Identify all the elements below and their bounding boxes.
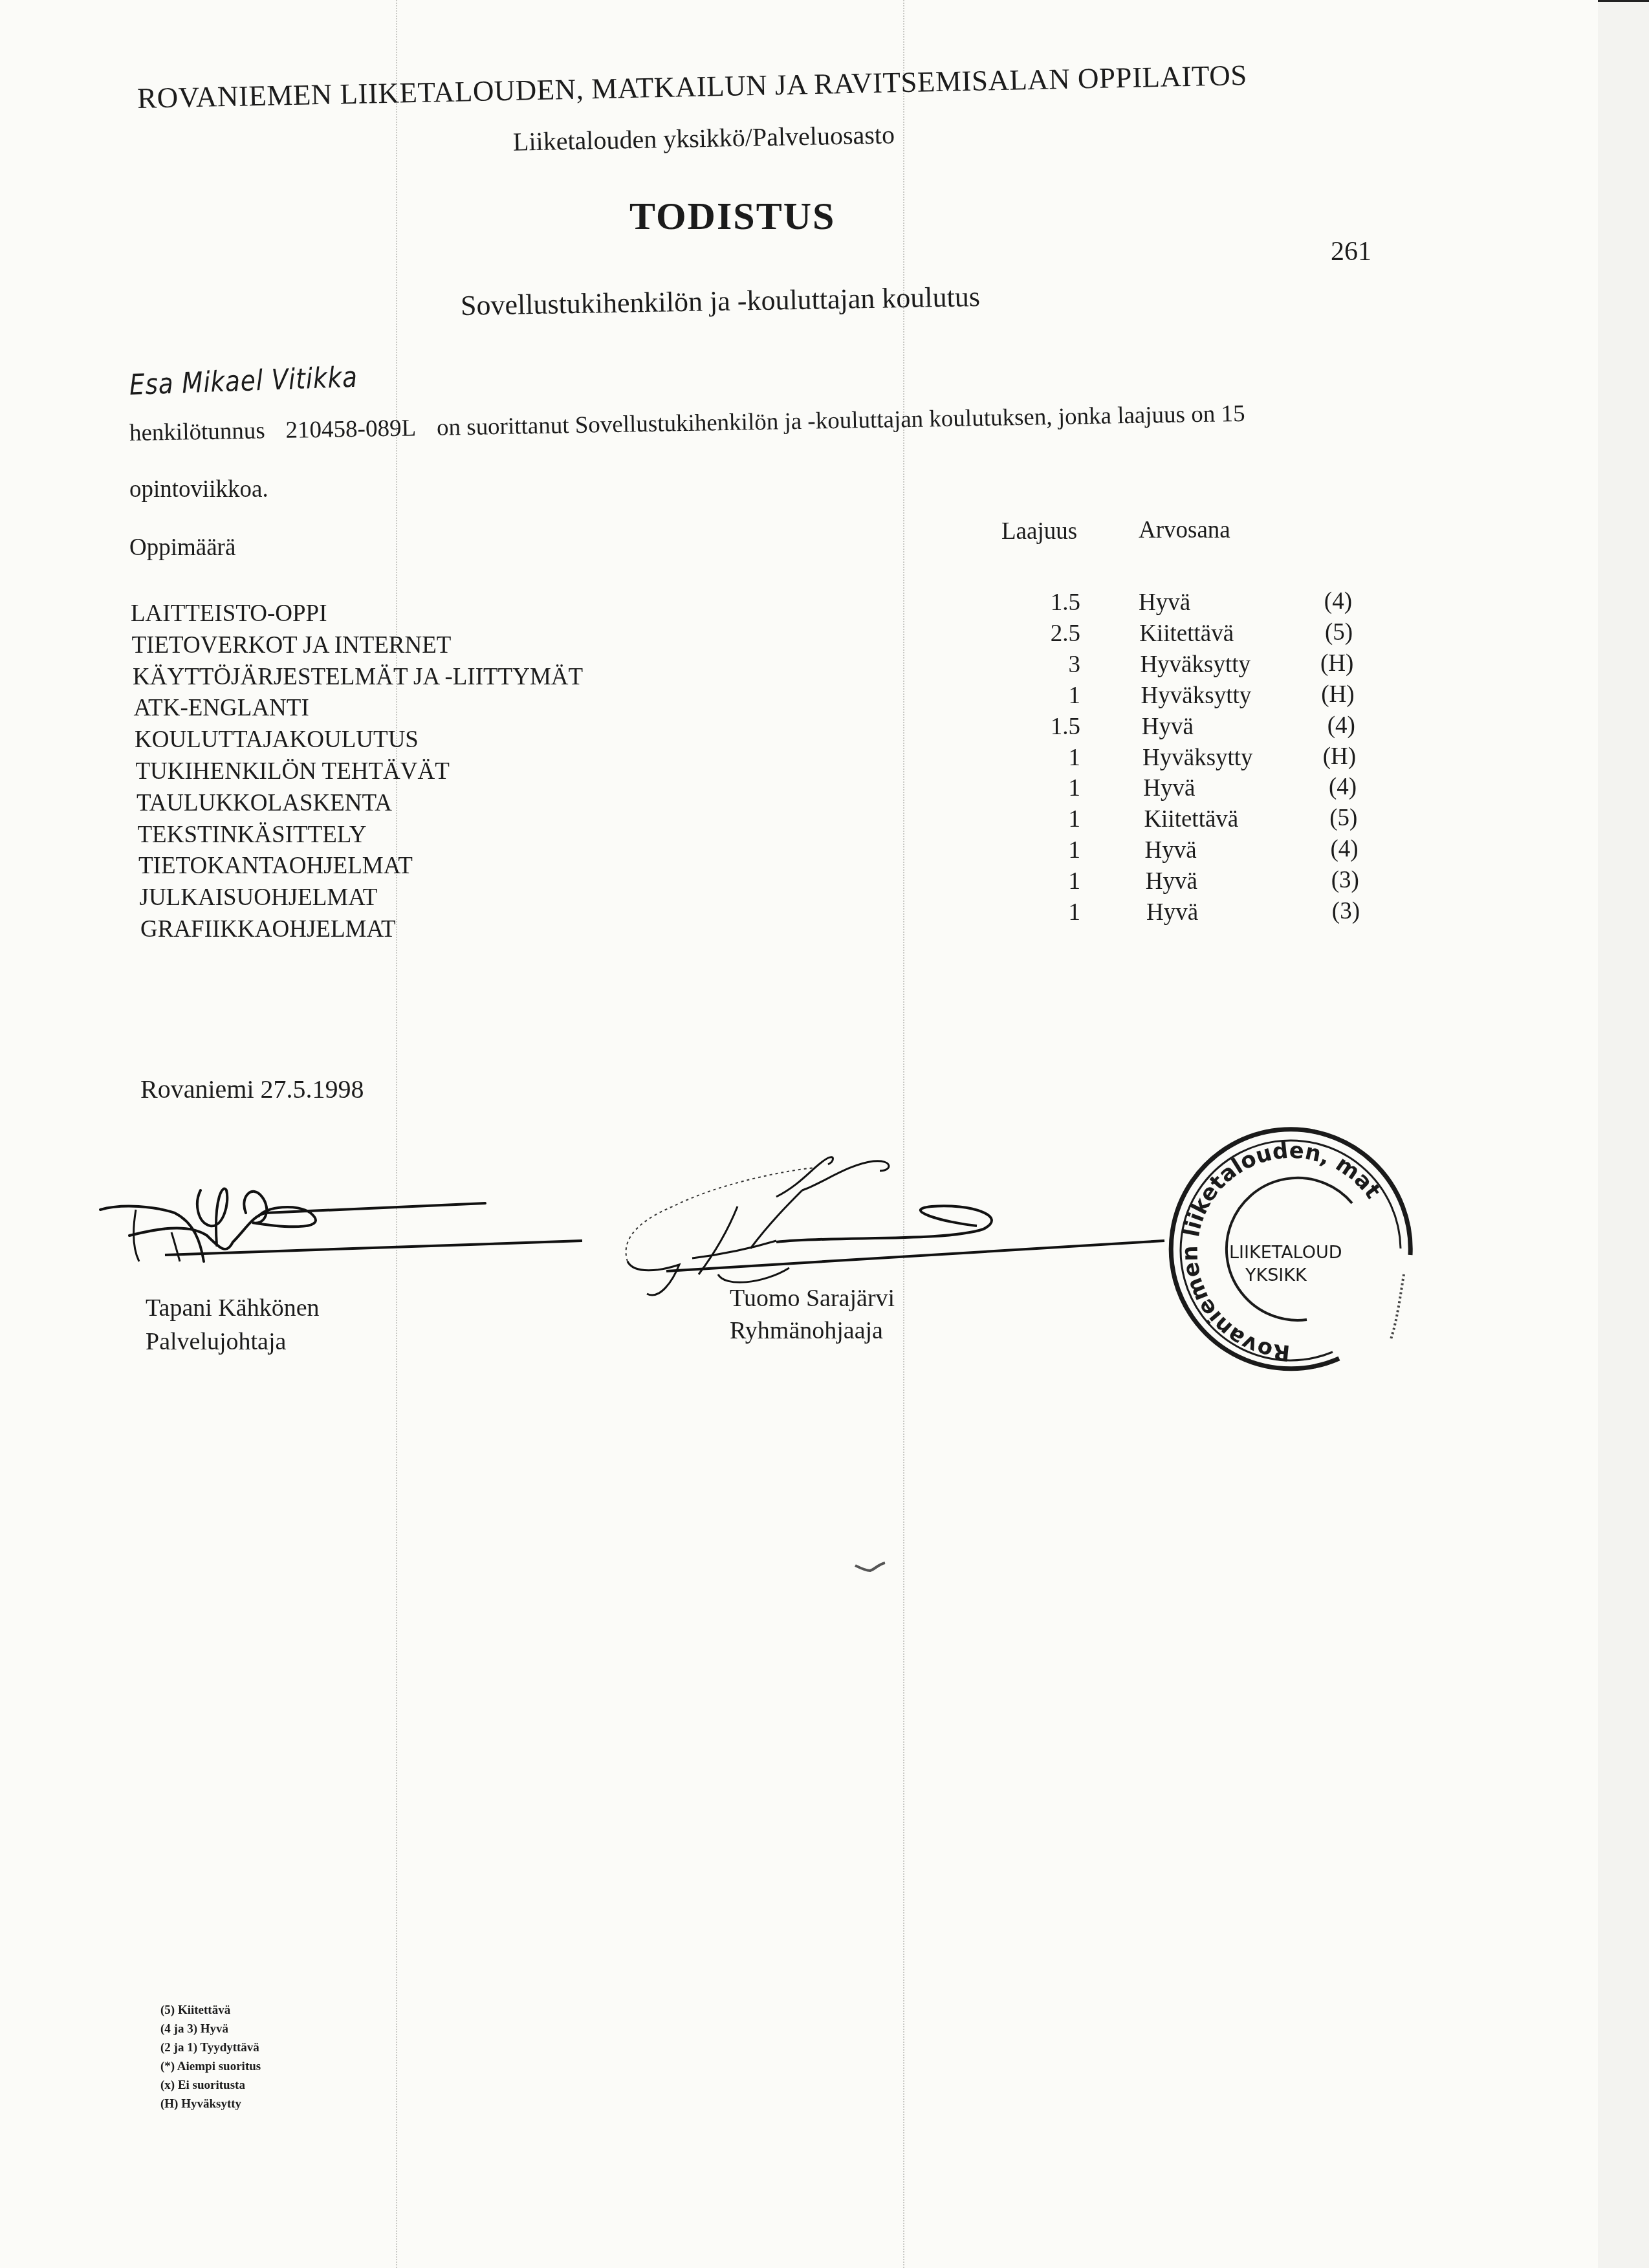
course-grade: Kiitettävä	[1139, 620, 1234, 648]
course-subject: JULKAISUOHJELMAT	[140, 884, 378, 911]
course-grade: Hyväksytty	[1142, 744, 1253, 772]
course-credits: 1.5	[1003, 589, 1080, 616]
legend-item: (*) Aiempi suoritus	[160, 2057, 261, 2076]
course-credits: 1	[1003, 805, 1080, 833]
completion-statement-cont: opintoviikkoa.	[129, 475, 268, 503]
course-subject: TUKIHENKILÖN TEHTÄVÄT	[136, 758, 450, 785]
signer-1-title: Palvelujohtaja	[146, 1327, 286, 1356]
header-subject: Oppimäärä	[129, 534, 235, 562]
fold-line	[903, 0, 904, 2268]
intro-statement: henkilötunnus210458-089Lon suorittanut S…	[129, 400, 1245, 447]
document-title: TODISTUS	[629, 194, 835, 239]
grade-legend: (5) Kiitettävä(4 ja 3) Hyvä(2 ja 1) Tyyd…	[160, 2001, 261, 2113]
course-grade: Hyvä	[1142, 713, 1194, 741]
signature-2	[621, 1145, 1177, 1300]
course-grade-code: (4)	[1304, 712, 1355, 739]
course-grade-code: (5)	[1305, 804, 1357, 832]
course-credits: 1.5	[1003, 713, 1080, 741]
course-subject: TEKSTINKÄSITTELY	[138, 821, 367, 849]
header-credits: Laajuus	[1001, 518, 1077, 545]
legend-item: (5) Kiitettävä	[160, 2001, 261, 2020]
course-grade: Hyväksytty	[1140, 651, 1250, 679]
legend-item: (H) Hyväksytty	[160, 2095, 261, 2113]
course-subject: LAITTEISTO-OPPI	[131, 600, 327, 627]
course-grade: Kiitettävä	[1144, 805, 1238, 833]
scan-artifact	[854, 1560, 893, 1580]
scan-edge-top	[1598, 0, 1649, 2]
course-grade-code: (H)	[1303, 681, 1355, 708]
legend-item: (2 ja 1) Tyydyttävä	[160, 2038, 261, 2057]
legend-item: (x) Ei suoritusta	[160, 2076, 261, 2095]
course-credits: 1	[1003, 867, 1080, 895]
course-subject: TAULUKKOLASKENTA	[137, 789, 392, 817]
signer-1-name: Tapani Kähkönen	[146, 1294, 320, 1322]
course-subject: GRAFIIKKAOHJELMAT	[140, 915, 396, 943]
course-grade-code: (4)	[1300, 587, 1352, 615]
document-number: 261	[1331, 236, 1371, 267]
course-subject: KÄYTTÖJÄRJESTELMÄT JA -LIITTYMÄT	[133, 663, 583, 691]
course-grade-code: (4)	[1305, 773, 1357, 801]
legend-item: (4 ja 3) Hyvä	[160, 2020, 261, 2038]
place-date: Rovaniemi 27.5.1998	[140, 1074, 364, 1104]
header-grade: Arvosana	[1139, 516, 1230, 544]
course-credits: 1	[1003, 774, 1080, 802]
stamp-center-line2: YKSIKK	[1245, 1265, 1307, 1285]
id-label: henkilötunnus	[129, 417, 265, 446]
signature-1	[97, 1177, 589, 1281]
scan-edge	[1598, 0, 1649, 2268]
institution-name: ROVANIEMEN LIIKETALOUDEN, MATKAILUN JA R…	[137, 58, 1248, 115]
course-subject: TIETOVERKOT JA INTERNET	[132, 631, 452, 659]
course-credits: 1	[1003, 744, 1080, 772]
course-grade-code: (4)	[1307, 835, 1359, 863]
student-name: Esa Mikael Vitikka	[129, 361, 358, 402]
course-grade-code: (3)	[1308, 897, 1360, 925]
stamp-center-line1: LIIKETALOUD	[1229, 1243, 1342, 1263]
course-credits: 1	[1003, 682, 1080, 710]
course-credits: 3	[1003, 651, 1080, 679]
course-subject: TIETOKANTAOHJELMAT	[138, 852, 413, 880]
course-credits: 1	[1003, 899, 1080, 926]
course-grade: Hyvä	[1146, 867, 1197, 895]
course-subject: KOULUTTAJAKOULUTUS	[135, 726, 419, 754]
id-number: 210458-089L	[285, 415, 416, 444]
course-grade: Hyvä	[1145, 836, 1197, 864]
course-credits: 2.5	[1003, 620, 1080, 648]
course-subject: ATK-ENGLANTI	[134, 694, 309, 722]
program-title: Sovellustukihenkilön ja -kouluttajan kou…	[461, 280, 981, 322]
course-grade: Hyvä	[1143, 774, 1195, 802]
signer-2-title: Ryhmänohjaaja	[730, 1316, 883, 1345]
institution-unit: Liiketalouden yksikkö/Palveluosasto	[513, 119, 895, 157]
completion-statement: on suorittanut Sovellustukihenkilön ja -…	[437, 400, 1245, 441]
course-grade-code: (H)	[1302, 649, 1353, 677]
official-stamp: Rovaniemen liiketalouden, matkailun ja r…	[1158, 1126, 1423, 1384]
course-grade: Hyvä	[1146, 899, 1198, 926]
fold-line	[396, 0, 397, 2268]
course-grade-code: (5)	[1301, 618, 1353, 646]
course-credits: 1	[1003, 836, 1080, 864]
course-grade-code: (H)	[1304, 743, 1356, 770]
signer-2-name: Tuomo Sarajärvi	[730, 1284, 895, 1313]
course-grade: Hyväksytty	[1141, 682, 1252, 710]
course-grade: Hyvä	[1139, 589, 1190, 616]
course-grade-code: (3)	[1307, 866, 1359, 894]
